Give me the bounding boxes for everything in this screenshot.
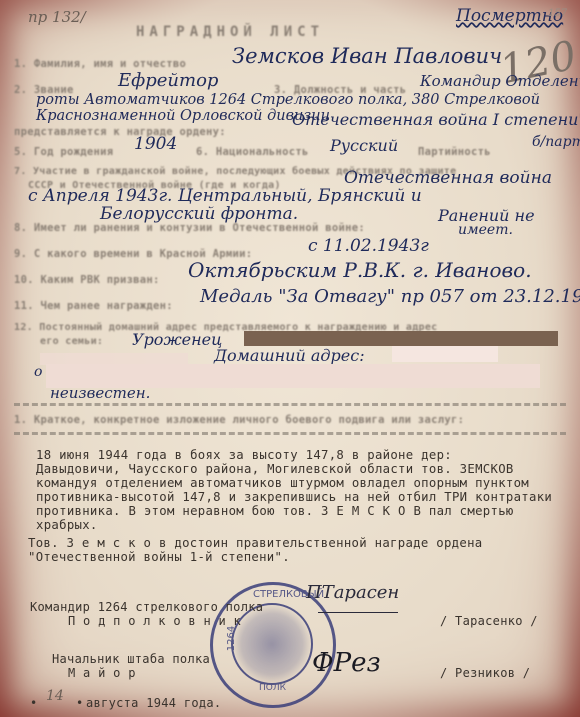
date-day: 14: [46, 688, 64, 704]
commander-rank: П о д п о л к о в н и к: [68, 614, 241, 628]
field-8-label: 8. Имеет ли ранения и контузии в Отечест…: [14, 222, 365, 234]
commander-name: / Тарасенко /: [440, 614, 538, 628]
document-title: НАГРАДНОЙ ЛИСТ: [136, 24, 324, 40]
narrative-line-3: командуя отделением автоматчиков штурмом…: [36, 476, 529, 490]
field-1-label: 1. Фамилия, имя и отчество: [14, 58, 186, 70]
narrative-line-1: 18 июня 1944 года в боях за высоту 147,8…: [36, 448, 452, 462]
field-3-position-1: Командир Отделения: [420, 72, 580, 90]
narrative-line-5: противника. В этом неравном бою тов. З Е…: [36, 504, 514, 518]
narrative-line-6: храбрых.: [36, 518, 98, 532]
field-3-position-3: Краснознаменной Орловской дивизии: [36, 108, 330, 124]
document-frame: пр 132/ Посмертно 157 НАГРАДНОЙ ЛИСТ 120…: [0, 0, 580, 717]
conclusion-line-2: "Отечественной войны 1-й степени".: [28, 550, 290, 564]
chief-title: Начальник штаба полка: [52, 652, 210, 666]
field-6-label: 6. Национальность: [196, 146, 309, 158]
signature-underline: [318, 612, 398, 613]
field-12-value-2: Домашний адрес:: [214, 346, 365, 365]
date-text: августа 1944 года.: [86, 696, 221, 710]
redaction-bar-3: [392, 346, 498, 362]
field-1-name: Земсков Иван Павлович: [232, 44, 502, 68]
field-2-rank: Ефрейтор: [118, 70, 218, 91]
field-4-award: Отечественная война I степени": [292, 110, 580, 129]
field-5-label: 5. Год рождения: [14, 146, 113, 158]
date-bullet-1: •: [30, 696, 38, 710]
field-12-label-2: его семьи:: [40, 336, 103, 347]
narrative-line-4: противника-высотой 147,8 и закрепившись …: [36, 490, 552, 504]
field-5-birth-year: 1904: [134, 134, 177, 154]
field-10-value: Октябрьским Р.В.К. г. Иваново.: [188, 258, 532, 282]
field-13-label: 1. Краткое, конкретное изложение личного…: [14, 414, 464, 426]
top-left-note: пр 132/: [28, 8, 86, 26]
narrative-line-2: Давыдовичи, Чаусского района, Могилевско…: [36, 462, 514, 476]
stamp-emblem: [231, 603, 313, 685]
chief-name: / Резников /: [440, 666, 530, 680]
field-6-nationality: Русский: [330, 136, 398, 155]
field-12-value-3: о: [34, 364, 42, 380]
field-4-label: представляется к награде ордену:: [14, 126, 226, 138]
field-7-value-2: с Апреля 1943г. Центральный, Брянский и: [28, 186, 422, 206]
date-bullet-2: •: [76, 696, 84, 710]
conclusion-line-1: Тов. З е м с к о в достоин правительстве…: [28, 536, 483, 550]
chief-rank: М а й о р: [68, 666, 136, 680]
chief-signature: ФРез: [312, 648, 381, 678]
field-11-value: Медаль "За Отвагу" пр 057 от 23.12.1943г: [200, 286, 580, 307]
field-11-label: 11. Чем ранее награжден:: [14, 300, 173, 312]
field-12-value-4: неизвестен.: [50, 384, 150, 402]
commander-signature: ПТарасен: [306, 582, 399, 603]
field-6b-label: Партийность: [418, 146, 491, 158]
top-right-number: 157: [548, 8, 567, 19]
stamp-side-text: 1264: [226, 626, 237, 651]
field-8-value-2: имеет.: [458, 222, 513, 238]
stamp-bottom-text: ПОЛК: [259, 683, 286, 693]
field-6b-party: б/парт: [532, 134, 580, 150]
field-12-value-1: Уроженец: [132, 330, 222, 349]
field-7-value-3: Белорусский фронта.: [100, 204, 298, 224]
field-10-label: 10. Каким РВК призван:: [14, 274, 160, 286]
field-7-value-1: Отечественная война: [344, 168, 552, 188]
separator-dashes-2: [14, 432, 566, 435]
redaction-bar-1: [244, 331, 558, 346]
separator-dashes-1: [14, 403, 566, 406]
field-9-value: с 11.02.1943г: [308, 236, 429, 256]
commander-title: Командир 1264 стрелкового полка: [30, 600, 263, 614]
field-3-position-2: роты Автоматчиков 1264 Стрелкового полка…: [36, 92, 540, 108]
